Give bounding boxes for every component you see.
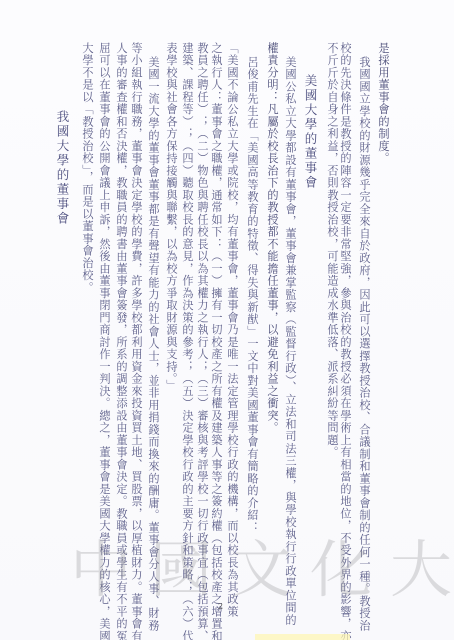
section-heading-roc-boards: 我國大學的董事會 <box>56 110 68 226</box>
university-watermark: 中國文化大學 <box>70 520 454 609</box>
paragraph-line-8: 呂俊甫先生在「美國高等教育的特徵、得失與新猷」一文中對美國董事會有簡略的介紹： <box>246 56 258 534</box>
page-number: 2 <box>218 602 223 611</box>
document-page: 是採用董事會的制度。 我國國立學校的財源幾乎完全來自於政府，因此可以選擇教授治校… <box>0 0 454 640</box>
section-heading-us-boards: 美國大學的董事會 <box>304 74 316 190</box>
paragraph-line-18: 大學不是以「教授治校」，而是以董事會治校。 <box>81 42 93 294</box>
paragraph-line-1: 是採用董事會的制度。 <box>377 42 389 165</box>
paragraph-line-7: 權責分明：凡屬於校長治下的教授都不能擔任董事，以避免利益之衝突。 <box>266 42 278 434</box>
quote-line-5: 表學校與社會各方保持接觸與聯繫，以為校方爭取財源與支持。」 <box>165 42 177 392</box>
scan-artifact <box>255 634 350 640</box>
paragraph-line-4: 不斤斤於自身之利益，否則教授治校，可能造成水準低落、派系糾紛等問題。 <box>326 42 338 459</box>
